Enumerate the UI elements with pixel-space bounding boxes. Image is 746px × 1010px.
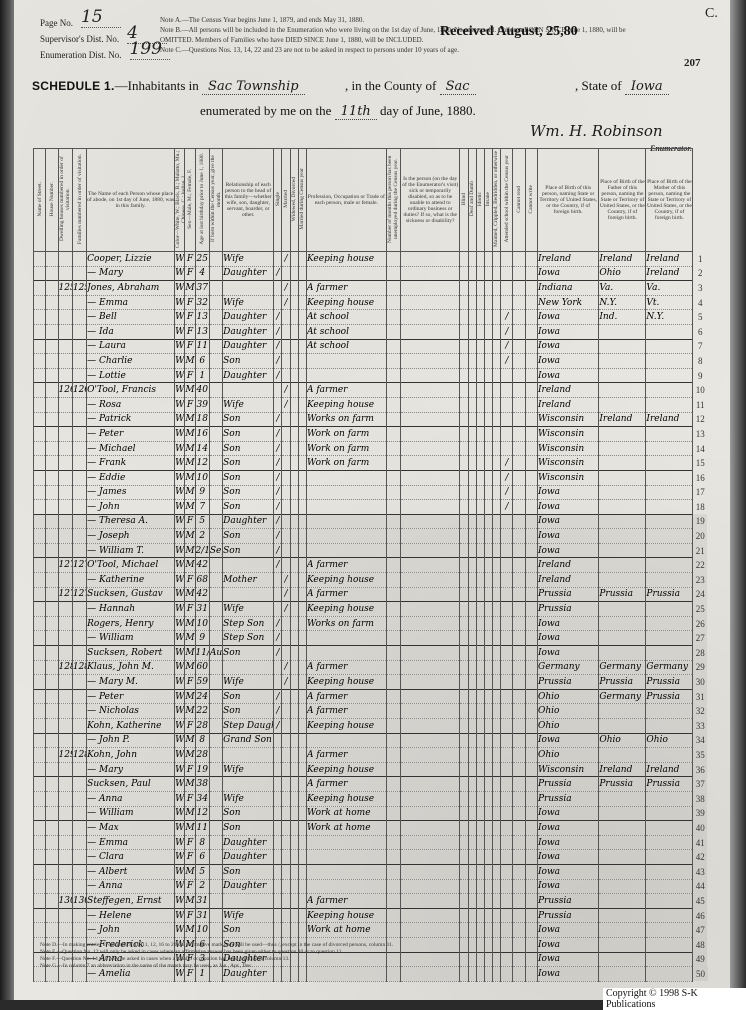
house-cell [46, 864, 58, 879]
mother-birthplace-cell [646, 383, 693, 398]
cannot-write-cell [525, 295, 537, 310]
maimed-cell [493, 923, 501, 938]
widowed-cell [290, 456, 298, 471]
idiotic-cell [476, 777, 484, 792]
family-cell [72, 500, 86, 515]
insane-cell [484, 719, 492, 734]
relationship-cell: Son [223, 543, 274, 558]
birthplace-cell: Prussia [538, 894, 599, 909]
house-cell [46, 397, 58, 412]
insane-cell [484, 339, 492, 354]
idiotic-cell [476, 689, 484, 704]
widowed-cell [290, 762, 298, 777]
married-year-cell [298, 368, 306, 383]
school-cell [501, 281, 513, 296]
table-row: — HannahWF31Wife/Keeping housePrussia25 [34, 602, 708, 617]
table-row: — NicholasWM22Son/A farmerOhio32 [34, 704, 708, 719]
widowed-cell [290, 383, 298, 398]
occupation-cell: Keeping house [306, 762, 386, 777]
relationship-cell: Wife [223, 791, 274, 806]
sex-cell: F [185, 397, 195, 412]
married-cell [282, 310, 290, 325]
school-cell [501, 397, 513, 412]
cannot-read-cell [513, 660, 525, 675]
relationship-cell [223, 558, 274, 573]
widowed-cell [290, 368, 298, 383]
maimed-cell [493, 762, 501, 777]
family-cell: 127 [72, 587, 86, 602]
cannot-read-cell [513, 324, 525, 339]
father-birthplace-cell [599, 573, 646, 588]
sex-cell: M [185, 587, 195, 602]
blind-cell [460, 631, 468, 646]
single-cell [274, 587, 282, 602]
birth-month-cell [209, 850, 222, 865]
single-cell [274, 675, 282, 690]
birth-month-cell [209, 791, 222, 806]
occupation-cell: Keeping house [306, 252, 386, 267]
cannot-write-cell [525, 310, 537, 325]
school-cell [501, 777, 513, 792]
sex-cell: F [185, 295, 195, 310]
widowed-cell [290, 339, 298, 354]
widowed-cell [290, 835, 298, 850]
table-row: Cooper, LizzieWF25Wife/Keeping houseIrel… [34, 252, 708, 267]
insane-cell [484, 835, 492, 850]
cannot-write-cell [525, 485, 537, 500]
maimed-cell [493, 295, 501, 310]
occupation-cell: Keeping house [306, 908, 386, 923]
census-rows: Cooper, LizzieWF25Wife/Keeping houseIrel… [34, 252, 708, 982]
insane-cell [484, 675, 492, 690]
street-cell [34, 689, 46, 704]
cannot-write-cell [525, 397, 537, 412]
maimed-cell [493, 850, 501, 865]
widowed-cell [290, 791, 298, 806]
inhabitants-label: —Inhabitants in [115, 78, 199, 93]
table-row: 125125Jones, AbrahamWM37/A farmerIndiana… [34, 281, 708, 296]
sickness-cell [401, 383, 460, 398]
birthplace-cell: Iowa [538, 806, 599, 821]
street-cell [34, 704, 46, 719]
single-cell [274, 252, 282, 267]
color-cell: W [175, 806, 185, 821]
color-cell: W [175, 310, 185, 325]
cannot-write-cell [525, 660, 537, 675]
relationship-cell: Wife [223, 252, 274, 267]
relationship-cell: Daughter [223, 879, 274, 894]
single-cell: / [274, 529, 282, 544]
occupation-cell: At school [306, 324, 386, 339]
mother-birthplace-cell [646, 704, 693, 719]
cannot-read-cell [513, 470, 525, 485]
single-cell [274, 733, 282, 748]
family-cell [72, 704, 86, 719]
house-cell [46, 806, 58, 821]
relationship-cell: Son [223, 456, 274, 471]
family-cell: 130 [72, 894, 86, 909]
sickness-cell [401, 339, 460, 354]
age-cell: 1 [195, 368, 209, 383]
cannot-write-cell [525, 427, 537, 442]
mother-birthplace-cell: Prussia [646, 587, 693, 602]
unemployed-cell [386, 324, 400, 339]
married-cell [282, 835, 290, 850]
maimed-cell [493, 602, 501, 617]
line-number: 31 [693, 689, 708, 704]
insane-cell [484, 894, 492, 909]
married-year-cell [298, 427, 306, 442]
widowed-cell [290, 441, 298, 456]
age-cell: 13 [195, 310, 209, 325]
mother-birthplace-cell [646, 514, 693, 529]
father-birthplace-cell: Ireland [599, 762, 646, 777]
mother-birthplace-cell [646, 748, 693, 763]
insane-cell [484, 456, 492, 471]
blind-cell [460, 602, 468, 617]
married-cell [282, 543, 290, 558]
cannot-read-cell [513, 602, 525, 617]
house-cell [46, 616, 58, 631]
street-cell [34, 441, 46, 456]
line-number: 48 [693, 937, 708, 952]
married-year-cell [298, 573, 306, 588]
cannot-read-cell [513, 339, 525, 354]
cannot-read-cell [513, 310, 525, 325]
insane-cell [484, 354, 492, 369]
unemployed-cell [386, 675, 400, 690]
maimed-cell [493, 748, 501, 763]
table-row: 127127O'Tool, MichaelWM42/A farmerIrelan… [34, 558, 708, 573]
name-cell: Kohn, John [87, 748, 175, 763]
age-cell: 19 [195, 762, 209, 777]
deaf-cell [468, 894, 476, 909]
relationship-cell: Wife [223, 762, 274, 777]
birthplace-cell: Iowa [538, 500, 599, 515]
school-cell [501, 646, 513, 661]
name-cell: — Eddie [87, 470, 175, 485]
unemployed-cell [386, 573, 400, 588]
unemployed-cell [386, 558, 400, 573]
insane-cell [484, 412, 492, 427]
single-cell [274, 850, 282, 865]
father-birthplace-cell [599, 879, 646, 894]
sex-cell: M [185, 660, 195, 675]
age-cell: 8 [195, 733, 209, 748]
blind-cell [460, 864, 468, 879]
mother-birthplace-cell [646, 470, 693, 485]
sex-cell: M [185, 543, 195, 558]
census-table: Name of Street. House Number. Dwelling h… [33, 148, 708, 982]
street-cell [34, 295, 46, 310]
single-cell: / [274, 704, 282, 719]
family-cell [72, 631, 86, 646]
color-cell: W [175, 923, 185, 938]
col-widowed: Widowed, Divorced [290, 149, 298, 252]
blind-cell [460, 908, 468, 923]
family-cell [72, 675, 86, 690]
table-row: — PeterWM16Son/Work on farmWisconsin13 [34, 427, 708, 442]
sex-cell: M [185, 485, 195, 500]
deaf-cell [468, 427, 476, 442]
dwelling-cell [58, 806, 72, 821]
dwelling-cell [58, 529, 72, 544]
maimed-cell [493, 281, 501, 296]
dwelling-cell [58, 295, 72, 310]
col-single: Single [274, 149, 282, 252]
birthplace-cell: Iowa [538, 733, 599, 748]
married-year-cell [298, 281, 306, 296]
birth-month-cell [209, 281, 222, 296]
relationship-cell: Son [223, 427, 274, 442]
insane-cell [484, 324, 492, 339]
insane-cell [484, 529, 492, 544]
mother-birthplace-cell [646, 543, 693, 558]
cannot-read-cell [513, 252, 525, 267]
widowed-cell [290, 675, 298, 690]
maimed-cell [493, 616, 501, 631]
family-cell [72, 456, 86, 471]
table-row: — JohnWM7Son//Iowa18 [34, 500, 708, 515]
street-cell [34, 266, 46, 281]
married-year-cell [298, 514, 306, 529]
sex-cell: M [185, 354, 195, 369]
table-row: — JamesWM9Son//Iowa17 [34, 485, 708, 500]
married-year-cell [298, 529, 306, 544]
street-cell [34, 923, 46, 938]
sickness-cell [401, 704, 460, 719]
age-cell: 9 [195, 631, 209, 646]
married-cell: / [282, 587, 290, 602]
birth-month-cell [209, 354, 222, 369]
sex-cell: F [185, 266, 195, 281]
single-cell: / [274, 266, 282, 281]
table-row: — PeterWM24Son/A farmerOhioGermanyPrussi… [34, 689, 708, 704]
married-cell [282, 616, 290, 631]
widowed-cell [290, 864, 298, 879]
occupation-cell [306, 266, 386, 281]
insane-cell [484, 485, 492, 500]
dwelling-cell [58, 616, 72, 631]
cannot-write-cell [525, 602, 537, 617]
table-row: — RosaWF39Wife/Keeping houseIreland11 [34, 397, 708, 412]
family-cell [72, 850, 86, 865]
insane-cell [484, 543, 492, 558]
sickness-cell [401, 762, 460, 777]
family-cell: 126 [72, 383, 86, 398]
color-cell: W [175, 252, 185, 267]
table-row: — MichaelWM14Son/Work on farmWisconsin14 [34, 441, 708, 456]
age-cell: 10 [195, 616, 209, 631]
state: Iowa [625, 79, 669, 95]
street-cell [34, 529, 46, 544]
deaf-cell [468, 777, 476, 792]
deaf-cell [468, 354, 476, 369]
idiotic-cell [476, 266, 484, 281]
sickness-cell [401, 485, 460, 500]
sex-cell: M [185, 646, 195, 661]
house-cell [46, 719, 58, 734]
unemployed-cell [386, 835, 400, 850]
street-cell [34, 485, 46, 500]
color-cell: W [175, 339, 185, 354]
maimed-cell [493, 879, 501, 894]
cannot-read-cell [513, 368, 525, 383]
color-cell: W [175, 835, 185, 850]
married-year-cell [298, 821, 306, 836]
single-cell [274, 821, 282, 836]
deaf-cell [468, 908, 476, 923]
unemployed-cell [386, 427, 400, 442]
cannot-read-cell [513, 441, 525, 456]
married-year-cell [298, 602, 306, 617]
deaf-cell [468, 383, 476, 398]
name-cell: Sucksen, Gustav [87, 587, 175, 602]
blind-cell [460, 266, 468, 281]
dwelling-cell [58, 704, 72, 719]
name-cell: Cooper, Lizzie [87, 252, 175, 267]
idiotic-cell [476, 748, 484, 763]
age-cell: 28 [195, 748, 209, 763]
dwelling-cell [58, 456, 72, 471]
idiotic-cell [476, 719, 484, 734]
sickness-cell [401, 733, 460, 748]
birth-month-cell [209, 806, 222, 821]
maimed-cell [493, 427, 501, 442]
married-year-cell [298, 660, 306, 675]
enumerated-label: enumerated by me on the [200, 103, 331, 118]
house-cell [46, 821, 58, 836]
sickness-cell [401, 573, 460, 588]
cannot-read-cell [513, 558, 525, 573]
corner-letter: C. [705, 6, 718, 22]
unemployed-cell [386, 485, 400, 500]
mother-birthplace-cell [646, 908, 693, 923]
family-cell [72, 514, 86, 529]
maimed-cell [493, 894, 501, 909]
col-street: Name of Street. [34, 149, 46, 252]
occupation-cell [306, 500, 386, 515]
note-g: Note G.—In column 7 an abbreviation in t… [40, 963, 680, 970]
single-cell: / [274, 441, 282, 456]
street-cell [34, 791, 46, 806]
cannot-read-cell [513, 281, 525, 296]
married-year-cell [298, 689, 306, 704]
age-cell: 10 [195, 470, 209, 485]
single-cell [274, 923, 282, 938]
stamp-number: 207 [684, 57, 701, 69]
table-row: 130130Steffegen, ErnstWM31A farmerPrussi… [34, 894, 708, 909]
blind-cell [460, 704, 468, 719]
line-number: 12 [693, 412, 708, 427]
birthplace-cell: Iowa [538, 324, 599, 339]
mother-birthplace-cell [646, 368, 693, 383]
school-cell [501, 252, 513, 267]
single-cell: / [274, 514, 282, 529]
house-cell [46, 631, 58, 646]
married-cell [282, 748, 290, 763]
deaf-cell [468, 631, 476, 646]
birthplace-cell: Prussia [538, 675, 599, 690]
blind-cell [460, 850, 468, 865]
line-number: 39 [693, 806, 708, 821]
father-birthplace-cell [599, 514, 646, 529]
mother-birthplace-cell [646, 339, 693, 354]
color-cell: W [175, 689, 185, 704]
line-number: 27 [693, 631, 708, 646]
sex-cell: F [185, 675, 195, 690]
house-cell [46, 368, 58, 383]
idiotic-cell [476, 908, 484, 923]
idiotic-cell [476, 602, 484, 617]
col-attended-school: Attended school within the Census year [501, 149, 513, 252]
note-f: Note F.—Question No. 14 will only be ask… [40, 956, 680, 963]
relationship-cell: Son [223, 821, 274, 836]
sickness-cell [401, 310, 460, 325]
idiotic-cell [476, 427, 484, 442]
school-cell [501, 762, 513, 777]
mother-birthplace-cell [646, 573, 693, 588]
house-cell [46, 514, 58, 529]
idiotic-cell [476, 646, 484, 661]
cannot-read-cell [513, 675, 525, 690]
relationship-cell: Wife [223, 675, 274, 690]
cannot-read-cell [513, 514, 525, 529]
unemployed-cell [386, 821, 400, 836]
widowed-cell [290, 558, 298, 573]
dwelling-cell: 127 [58, 587, 72, 602]
birthplace-cell: Iowa [538, 821, 599, 836]
married-year-cell [298, 719, 306, 734]
house-cell [46, 500, 58, 515]
dwelling-cell [58, 397, 72, 412]
relationship-cell [223, 660, 274, 675]
father-birthplace-cell [599, 923, 646, 938]
line-number: 43 [693, 864, 708, 879]
birth-month-cell [209, 704, 222, 719]
married-cell [282, 339, 290, 354]
birthplace-cell: Iowa [538, 850, 599, 865]
birth-month-cell [209, 602, 222, 617]
relationship-cell [223, 281, 274, 296]
street-cell [34, 427, 46, 442]
deaf-cell [468, 850, 476, 865]
dwelling-cell [58, 821, 72, 836]
relationship-cell: Wife [223, 295, 274, 310]
maimed-cell [493, 791, 501, 806]
color-cell: W [175, 573, 185, 588]
col-dwelling: Dwelling houses numbered in order of vis… [58, 149, 72, 252]
dwelling-cell [58, 514, 72, 529]
cannot-read-cell [513, 427, 525, 442]
street-cell [34, 675, 46, 690]
house-cell [46, 879, 58, 894]
maimed-cell [493, 383, 501, 398]
single-cell: / [274, 719, 282, 734]
age-cell: 42 [195, 587, 209, 602]
table-row: — John P.WM8Grand SonIowaOhioOhio34 [34, 733, 708, 748]
age-cell: 60 [195, 660, 209, 675]
sickness-cell [401, 441, 460, 456]
sex-cell: M [185, 777, 195, 792]
occupation-cell: Work on farm [306, 427, 386, 442]
table-row: — Theresa A.WF5Daughter/Iowa19 [34, 514, 708, 529]
father-birthplace-cell [599, 427, 646, 442]
mother-birthplace-cell [646, 879, 693, 894]
unemployed-cell [386, 704, 400, 719]
relationship-cell [223, 383, 274, 398]
table-row: — MaxWM11SonWork at homeIowa40 [34, 821, 708, 836]
